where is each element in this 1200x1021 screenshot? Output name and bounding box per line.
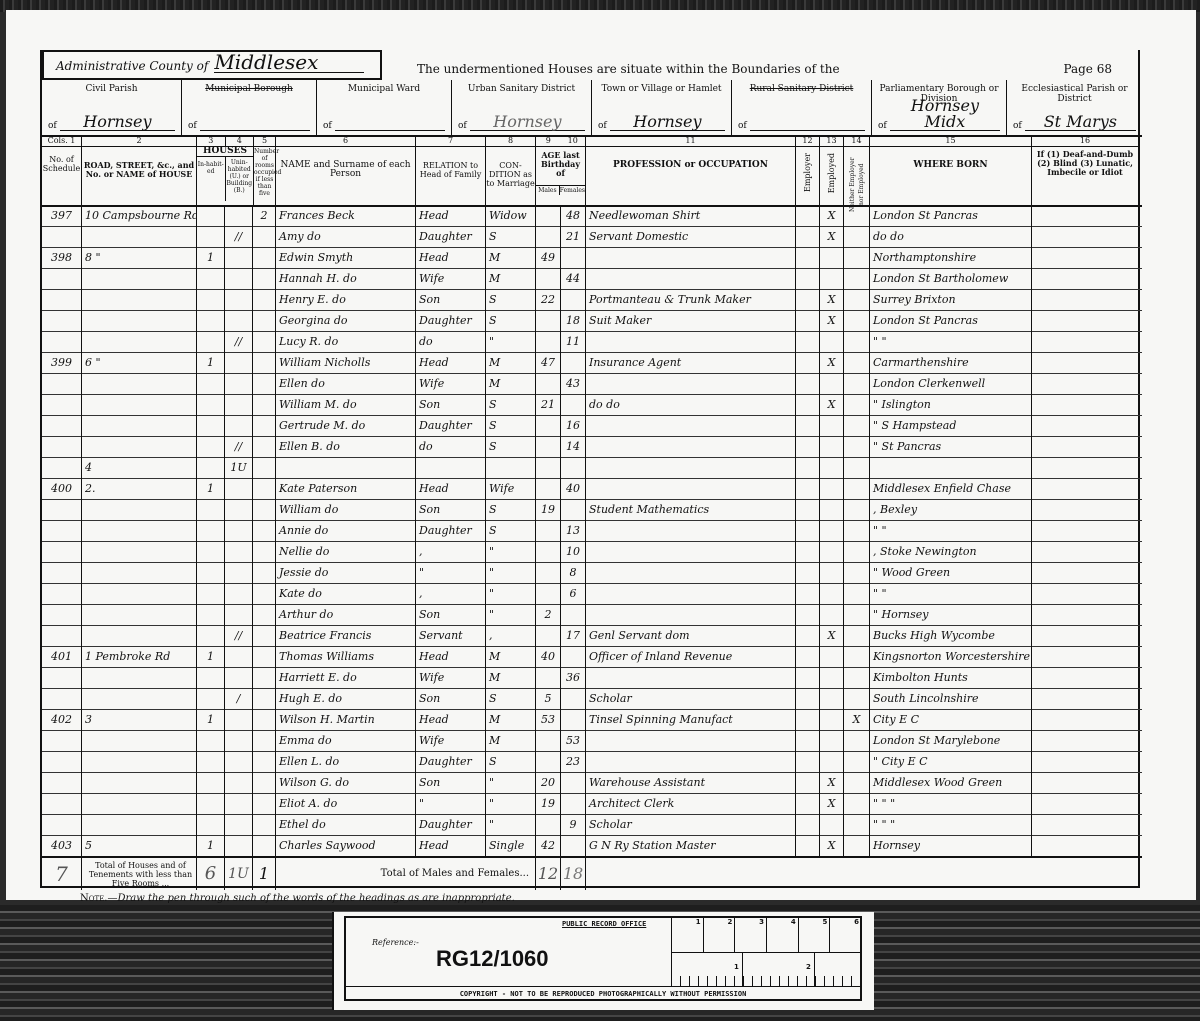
relation: do (416, 331, 486, 352)
where-born: London St Pancras (870, 310, 1032, 331)
uninhabited-mark (225, 247, 253, 268)
occupation (586, 751, 796, 772)
house-address: 6 " (82, 352, 197, 373)
person-name: Ellen B. do (276, 436, 416, 457)
relation: Daughter (416, 226, 486, 247)
where-born: City E C (870, 709, 1032, 730)
employer-mark (796, 793, 820, 814)
schedule-number (42, 436, 82, 457)
age-female (561, 499, 586, 520)
relation: Daughter (416, 814, 486, 835)
relation: Head (416, 205, 486, 226)
uninhabited-mark (225, 730, 253, 751)
uninhabited-mark (225, 520, 253, 541)
employed-mark: X (820, 289, 844, 310)
relation: Wife (416, 268, 486, 289)
house-address (82, 667, 197, 688)
relation: Daughter (416, 520, 486, 541)
table-row: 3988 "1Edwin SmythHeadM49Northamptonshir… (42, 247, 1142, 269)
col-infirmity: 16If (1) Deaf-and-Dumb (2) Blind (3) Lun… (1032, 135, 1138, 205)
employed-mark (820, 457, 844, 478)
employed-mark (820, 436, 844, 457)
where-born: London St Marylebone (870, 730, 1032, 751)
house-address (82, 772, 197, 793)
neither-mark (844, 457, 870, 478)
house-address (82, 268, 197, 289)
employed-mark (820, 730, 844, 751)
age-female (561, 793, 586, 814)
occupation (586, 268, 796, 289)
table-row: Eliot A. do""19Architect ClerkX" " " (42, 793, 1142, 815)
table-row: Hannah H. doWifeM44London St Bartholomew (42, 268, 1142, 290)
inhabited-count (197, 331, 225, 352)
rooms-count (253, 394, 276, 415)
age-male: 40 (536, 646, 561, 667)
col-age: 910 AGE last Birthday of MalesFemales (536, 135, 586, 205)
house-address (82, 562, 197, 583)
age-female: 13 (561, 520, 586, 541)
public-record-office-label: PUBLIC RECORD OFFICE (562, 920, 646, 928)
district-municipal-borough: Municipal Borough of (182, 80, 317, 135)
age-male (536, 373, 561, 394)
marital-condition: S (486, 394, 536, 415)
relation: , (416, 583, 486, 604)
rooms-count (253, 520, 276, 541)
where-born: do do (870, 226, 1032, 247)
total-uninhabited: 1U (225, 858, 253, 890)
uninhabited-mark (225, 310, 253, 331)
district-rural-sanitary: Rural Sanitary District of (732, 80, 872, 135)
person-name: Wilson G. do (276, 772, 416, 793)
schedule-number (42, 499, 82, 520)
age-male (536, 415, 561, 436)
rooms-count (253, 478, 276, 499)
age-female: 40 (561, 478, 586, 499)
neither-mark (844, 625, 870, 646)
house-address (82, 751, 197, 772)
relation: , (416, 541, 486, 562)
table-row: William doSonS19Student Mathematics, Bex… (42, 499, 1142, 521)
relation: Son (416, 289, 486, 310)
relation: Daughter (416, 751, 486, 772)
employer-mark (796, 625, 820, 646)
age-female (561, 457, 586, 478)
where-born: " " (870, 520, 1032, 541)
uninhabited-mark (225, 394, 253, 415)
neither-mark (844, 205, 870, 226)
occupation: Genl Servant dom (586, 625, 796, 646)
age-female: 17 (561, 625, 586, 646)
rooms-count (253, 541, 276, 562)
uninhabited-mark: // (225, 226, 253, 247)
employer-mark (796, 499, 820, 520)
marital-condition: S (486, 415, 536, 436)
house-address: 10 Campsbourne Rd (82, 205, 197, 226)
house-address (82, 331, 197, 352)
infirmity (1032, 499, 1138, 520)
page-number: Page 68 (1063, 62, 1112, 76)
inhabited-count: 1 (197, 247, 225, 268)
employed-mark (820, 583, 844, 604)
house-address: 2. (82, 478, 197, 499)
totals-houses-label: Total of Houses and of Tenements with le… (82, 858, 197, 890)
infirmity (1032, 352, 1138, 373)
uninhabited-mark (225, 373, 253, 394)
employer-mark (796, 814, 820, 835)
marital-condition: S (486, 751, 536, 772)
employer-mark (796, 520, 820, 541)
marital-condition: M (486, 352, 536, 373)
age-male (536, 730, 561, 751)
age-male (536, 436, 561, 457)
infirmity (1032, 562, 1138, 583)
rooms-count (253, 604, 276, 625)
inhabited-count (197, 520, 225, 541)
neither-mark (844, 772, 870, 793)
age-female: 44 (561, 268, 586, 289)
table-row: William M. doSonS21do doX" Islington (42, 394, 1142, 416)
schedule-number: 403 (42, 835, 82, 856)
age-female (561, 289, 586, 310)
where-born: " St Pancras (870, 436, 1032, 457)
marital-condition: M (486, 247, 536, 268)
table-row: 41U (42, 457, 1142, 479)
employed-mark (820, 814, 844, 835)
relation: Son (416, 604, 486, 625)
house-address (82, 604, 197, 625)
where-born: " Wood Green (870, 562, 1032, 583)
occupation: Needlewoman Shirt (586, 205, 796, 226)
uninhabited-mark: // (225, 625, 253, 646)
neither-mark (844, 562, 870, 583)
schedule-number (42, 310, 82, 331)
person-name: Ellen do (276, 373, 416, 394)
schedule-number: 402 (42, 709, 82, 730)
uninhabited-mark: // (225, 436, 253, 457)
relation: Son (416, 394, 486, 415)
marital-condition: S (486, 688, 536, 709)
inhabited-count: 1 (197, 709, 225, 730)
reference-label: Reference:- (372, 938, 419, 947)
table-row: Harriett E. doWifeM36Kimbolton Hunts (42, 667, 1142, 689)
employer-mark (796, 751, 820, 772)
copyright-notice: COPYRIGHT - NOT TO BE REPRODUCED PHOTOGR… (346, 986, 860, 1002)
age-female: 43 (561, 373, 586, 394)
age-female (561, 394, 586, 415)
inhabited-count (197, 751, 225, 772)
age-male: 49 (536, 247, 561, 268)
table-row: //Amy doDaughterS21Servant DomesticXdo d… (42, 226, 1142, 248)
occupation (586, 604, 796, 625)
person-name: Wilson H. Martin (276, 709, 416, 730)
age-male: 2 (536, 604, 561, 625)
county-box: Administrative County of Middlesex (42, 50, 382, 80)
occupation: Portmanteau & Trunk Maker (586, 289, 796, 310)
relation: " (416, 562, 486, 583)
footer-note: Note.—Draw the pen through such of the w… (80, 893, 515, 904)
rooms-count (253, 499, 276, 520)
age-male (536, 562, 561, 583)
relation: Wife (416, 667, 486, 688)
occupation (586, 247, 796, 268)
uninhabited-mark: // (225, 331, 253, 352)
neither-mark (844, 667, 870, 688)
person-name: Edwin Smyth (276, 247, 416, 268)
occupation: Scholar (586, 814, 796, 835)
marital-condition: M (486, 709, 536, 730)
employed-mark: X (820, 205, 844, 226)
infirmity (1032, 709, 1138, 730)
neither-mark (844, 247, 870, 268)
ruler-divider (742, 953, 743, 986)
district-parliamentary: Parliamentary Borough or Division ofHorn… (872, 80, 1007, 135)
employer-mark (796, 310, 820, 331)
table-row: 4002.1Kate PatersonHeadWife40Middlesex E… (42, 478, 1142, 500)
employed-mark (820, 667, 844, 688)
where-born: " S Hampstead (870, 415, 1032, 436)
table-row: //Lucy R. dodo"11" " (42, 331, 1142, 353)
col-name: 6NAME and Surname of each Person (276, 135, 416, 205)
age-female: 8 (561, 562, 586, 583)
house-address (82, 730, 197, 751)
age-female (561, 688, 586, 709)
marital-condition: " (486, 814, 536, 835)
district-urban-sanitary: Urban Sanitary District ofHornsey (452, 80, 592, 135)
occupation: Warehouse Assistant (586, 772, 796, 793)
employer-mark (796, 541, 820, 562)
total-males: 12 (536, 858, 561, 890)
age-male (536, 667, 561, 688)
inhabited-count (197, 730, 225, 751)
totals-mf-label: Total of Males and Females... (276, 858, 536, 890)
table-row: /Hugh E. doSonS5ScholarSouth Lincolnshir… (42, 688, 1142, 710)
neither-mark (844, 478, 870, 499)
age-male (536, 625, 561, 646)
age-female: 21 (561, 226, 586, 247)
marital-condition: " (486, 793, 536, 814)
schedule-number (42, 625, 82, 646)
infirmity (1032, 814, 1138, 835)
occupation (586, 667, 796, 688)
schedule-number (42, 331, 82, 352)
house-address (82, 541, 197, 562)
person-name: Charles Saywood (276, 835, 416, 856)
relation: Son (416, 688, 486, 709)
where-born: South Lincolnshire (870, 688, 1032, 709)
relation: Head (416, 709, 486, 730)
marital-condition: " (486, 772, 536, 793)
schedule-number (42, 667, 82, 688)
employed-mark (820, 751, 844, 772)
house-address (82, 415, 197, 436)
marital-condition (486, 457, 536, 478)
occupation (586, 562, 796, 583)
infirmity (1032, 835, 1138, 856)
inhabited-count (197, 772, 225, 793)
age-female: 48 (561, 205, 586, 226)
boundaries-caption: The undermentioned Houses are situate wi… (417, 62, 840, 76)
marital-condition: " (486, 541, 536, 562)
marital-condition: " (486, 583, 536, 604)
infirmity (1032, 793, 1138, 814)
person-name: William Nicholls (276, 352, 416, 373)
employed-mark (820, 709, 844, 730)
employed-mark (820, 268, 844, 289)
infirmity (1032, 478, 1138, 499)
occupation (586, 436, 796, 457)
neither-mark: X (844, 709, 870, 730)
inhabited-count (197, 394, 225, 415)
age-female: 14 (561, 436, 586, 457)
occupation (586, 541, 796, 562)
age-female: 6 (561, 583, 586, 604)
ruler-cm-mark: 4 (767, 918, 799, 952)
neither-mark (844, 835, 870, 856)
infirmity (1032, 604, 1138, 625)
house-address (82, 289, 197, 310)
where-born: Surrey Brixton (870, 289, 1032, 310)
person-name: Harriett E. do (276, 667, 416, 688)
occupation: Servant Domestic (586, 226, 796, 247)
occupation (586, 373, 796, 394)
county-value: Middlesex (214, 52, 364, 73)
where-born: Middlesex Wood Green (870, 772, 1032, 793)
rooms-count (253, 373, 276, 394)
totals-row: 7 Total of Houses and of Tenements with … (42, 856, 1142, 890)
inhabited-count (197, 814, 225, 835)
uninhabited-mark (225, 562, 253, 583)
uninhabited-mark (225, 499, 253, 520)
total-females: 18 (561, 858, 586, 890)
schedule-number: 401 (42, 646, 82, 667)
age-male (536, 814, 561, 835)
employer-mark (796, 436, 820, 457)
uninhabited-mark (225, 583, 253, 604)
table-row: Arthur doSon"2" Hornsey (42, 604, 1142, 626)
table-row: Gertrude M. doDaughterS16" S Hampstead (42, 415, 1142, 437)
marital-condition: " (486, 604, 536, 625)
where-born: " " (870, 331, 1032, 352)
col-condition: 8CON-DITION as to Marriage (486, 135, 536, 205)
schedule-number (42, 373, 82, 394)
uninhabited-mark (225, 667, 253, 688)
ruler-inch-mark: 2 (806, 963, 811, 971)
schedule-number (42, 751, 82, 772)
uninhabited-mark (225, 835, 253, 856)
employed-mark: X (820, 772, 844, 793)
person-name: Annie do (276, 520, 416, 541)
ruler-inch-mark: 1 (734, 963, 739, 971)
rooms-count: 2 (253, 205, 276, 226)
marital-condition: M (486, 268, 536, 289)
employed-mark: X (820, 625, 844, 646)
person-name: Emma do (276, 730, 416, 751)
neither-mark (844, 520, 870, 541)
schedule-number (42, 562, 82, 583)
inhabited-count: 1 (197, 835, 225, 856)
employed-mark (820, 415, 844, 436)
infirmity (1032, 415, 1138, 436)
col-address: 2ROAD, STREET, &c., and No. or NAME of H… (82, 135, 197, 205)
age-male (536, 331, 561, 352)
uninhabited-mark (225, 772, 253, 793)
ruler-divider (814, 953, 815, 986)
occupation: G N Ry Station Master (586, 835, 796, 856)
relation: Servant (416, 625, 486, 646)
total-inhabited: 6 (197, 858, 225, 890)
person-name: Eliot A. do (276, 793, 416, 814)
age-male (536, 541, 561, 562)
schedule-number (42, 394, 82, 415)
infirmity (1032, 730, 1138, 751)
age-female: 9 (561, 814, 586, 835)
inhabited-count: 1 (197, 646, 225, 667)
age-male: 19 (536, 793, 561, 814)
where-born: Hornsey (870, 835, 1032, 856)
neither-mark (844, 310, 870, 331)
ruler-cm-mark: 3 (735, 918, 767, 952)
col-rooms: 5Number of rooms occupied if less than f… (253, 135, 276, 205)
uninhabited-mark (225, 814, 253, 835)
rooms-count (253, 268, 276, 289)
col-occupation: 11PROFESSION or OCCUPATION (586, 135, 796, 205)
neither-mark (844, 373, 870, 394)
occupation: Scholar (586, 688, 796, 709)
table-row: Kate do,"6" " (42, 583, 1142, 605)
inhabited-count (197, 373, 225, 394)
district-town-village: Town or Village or Hamlet ofHornsey (592, 80, 732, 135)
relation: do (416, 436, 486, 457)
person-name: Amy do (276, 226, 416, 247)
employer-mark (796, 478, 820, 499)
age-male (536, 205, 561, 226)
occupation (586, 415, 796, 436)
rooms-count (253, 688, 276, 709)
employer-mark (796, 226, 820, 247)
schedule-number (42, 289, 82, 310)
employed-mark: X (820, 793, 844, 814)
occupation (586, 478, 796, 499)
employed-mark (820, 331, 844, 352)
col-schedule: Cols. 1No. of Schedule (42, 135, 82, 205)
employed-mark (820, 646, 844, 667)
table-row: Henry E. doSonS22Portmanteau & Trunk Mak… (42, 289, 1142, 311)
house-address (82, 499, 197, 520)
where-born: London Clerkenwell (870, 373, 1032, 394)
inhabited-count (197, 289, 225, 310)
neither-mark (844, 814, 870, 835)
table-row: Ethel doDaughter"9Scholar" " " (42, 814, 1142, 836)
person-name: Hannah H. do (276, 268, 416, 289)
inhabited-count (197, 310, 225, 331)
relation: Head (416, 646, 486, 667)
employed-mark (820, 478, 844, 499)
where-born: , Bexley (870, 499, 1032, 520)
where-born: Carmarthenshire (870, 352, 1032, 373)
age-female (561, 604, 586, 625)
employed-mark (820, 520, 844, 541)
marital-condition: S (486, 436, 536, 457)
person-name: Hugh E. do (276, 688, 416, 709)
employed-mark: X (820, 835, 844, 856)
ruler-cm-mark: 1 (672, 918, 704, 952)
where-born: " " " (870, 814, 1032, 835)
neither-mark (844, 688, 870, 709)
schedule-number: 400 (42, 478, 82, 499)
person-name: William do (276, 499, 416, 520)
occupation (586, 457, 796, 478)
age-male: 19 (536, 499, 561, 520)
